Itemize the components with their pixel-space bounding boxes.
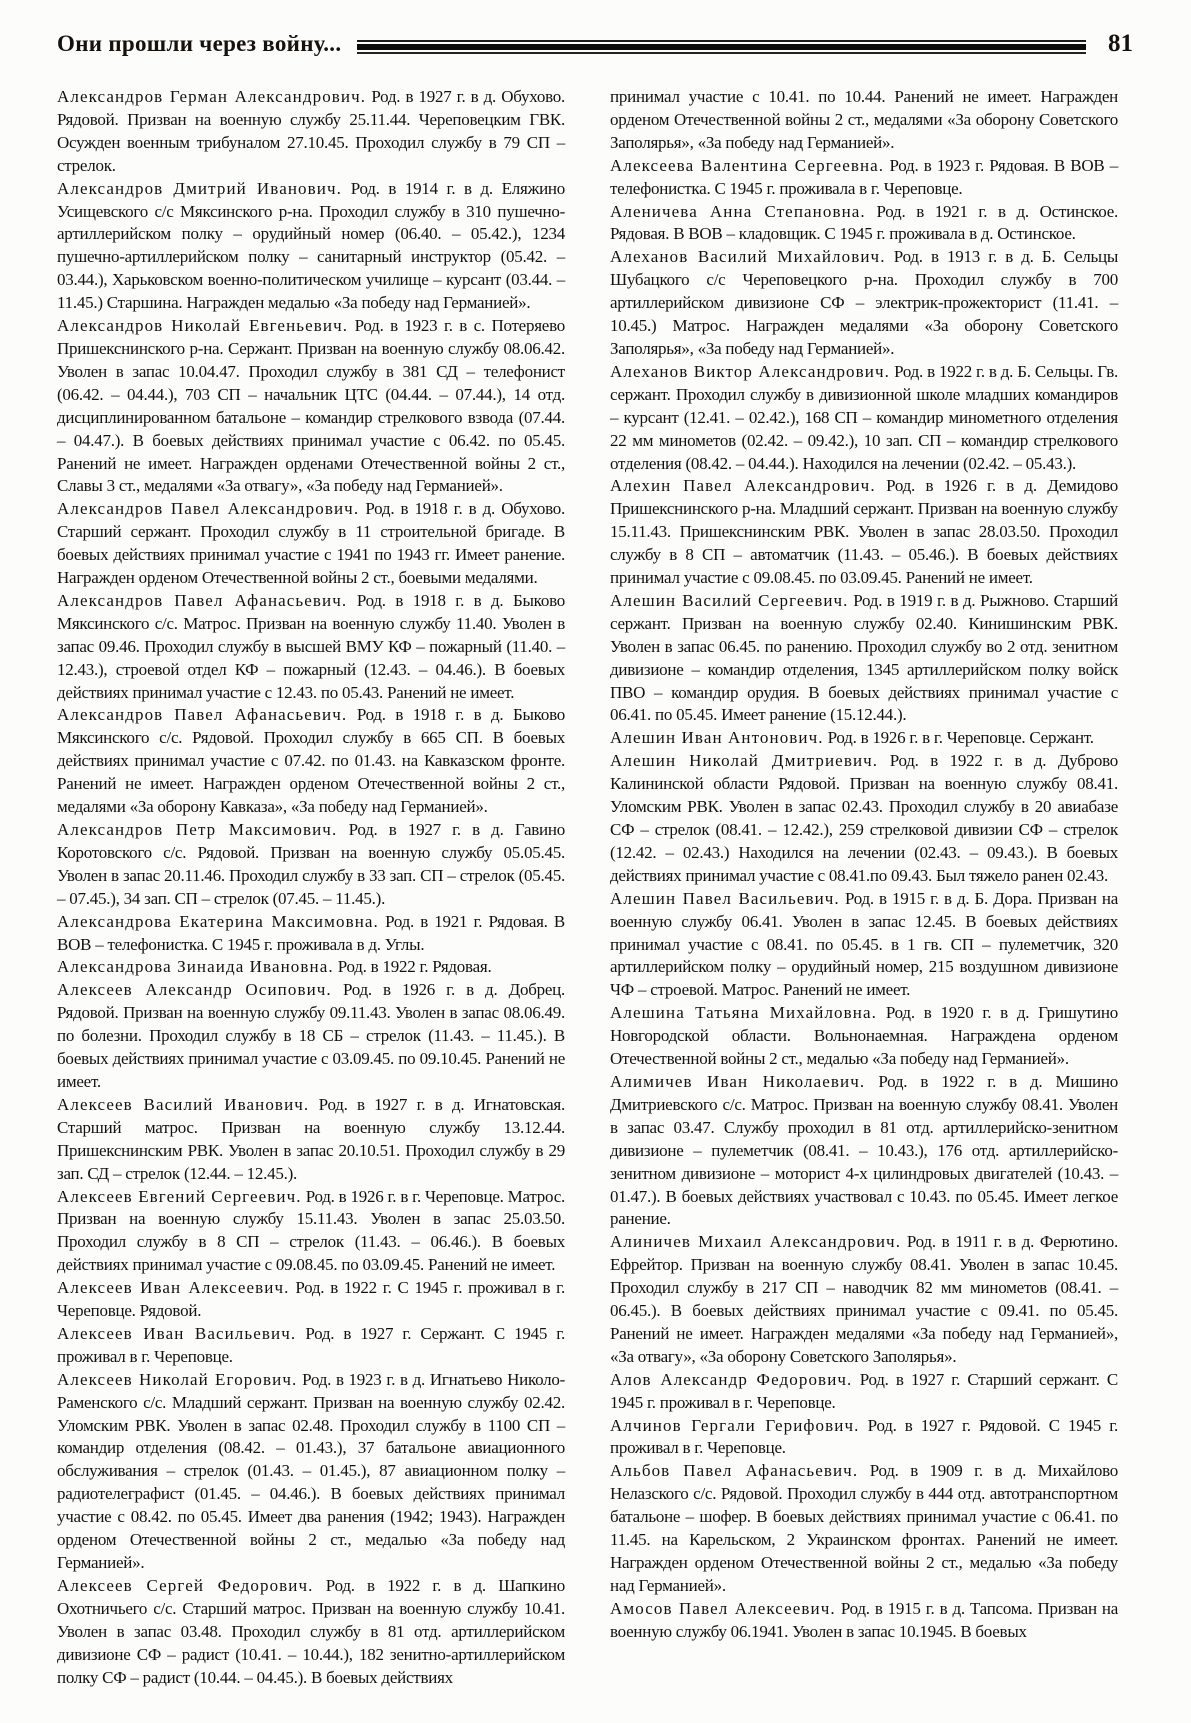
veteran-name: Алешин Василий Сергеевич.: [610, 591, 849, 610]
veteran-name: Алимичев Иван Николаевич.: [610, 1072, 865, 1091]
veteran-entry: Алов Александр Федорович. Род. в 1927 г.…: [610, 1369, 1118, 1415]
column-right: принимал участие с 10.41. по 10.44. Ране…: [610, 86, 1118, 1689]
entry-text: Род. в 1922 г. в д. Мишино Дмитриевского…: [610, 1072, 1118, 1228]
veteran-name: Алексеев Евгений Сергеевич.: [57, 1187, 302, 1206]
veteran-entry: Александров Николай Евгеньевич. Род. в 1…: [57, 315, 565, 498]
veteran-name: Александров Николай Евгеньевич.: [57, 316, 348, 335]
veteran-name: Алексеев Иван Алексеевич.: [57, 1278, 289, 1297]
veteran-entry: Александров Павел Афанасьевич. Род. в 19…: [57, 590, 565, 705]
veteran-entry: Алешина Татьяна Михайловна. Род. в 1920 …: [610, 1002, 1118, 1071]
veteran-entry: Алексеев Иван Алексеевич. Род. в 1922 г.…: [57, 1277, 565, 1323]
veteran-name: Алеханов Василий Михайлович.: [610, 247, 886, 266]
veteran-name: Александров Дмитрий Иванович.: [57, 179, 342, 198]
veteran-entry: Альбов Павел Афанасьевич. Род. в 1909 г.…: [610, 1460, 1118, 1597]
veteran-entry: Александров Петр Максимович. Род. в 1927…: [57, 819, 565, 911]
entry-text: Род. в 1922 г. в д. Дуброво Калининской …: [610, 751, 1118, 885]
text-columns: Александров Герман Александрович. Род. в…: [0, 58, 1191, 1689]
header-rule-ornament: [357, 40, 1086, 54]
veteran-entry: Амосов Павел Алексеевич. Род. в 1915 г. …: [610, 1598, 1118, 1644]
veteran-entry: Алексеев Александр Осипович. Род. в 1926…: [57, 979, 565, 1094]
veteran-entry: Алешин Николай Дмитриевич. Род. в 1922 г…: [610, 750, 1118, 887]
veteran-entry: Алексеев Иван Васильевич. Род. в 1927 г.…: [57, 1323, 565, 1369]
entry-text: Род. в 1922 г. Рядовая.: [338, 957, 492, 976]
veteran-name: Александров Петр Максимович.: [57, 820, 337, 839]
veteran-name: Амосов Павел Алексеевич.: [610, 1599, 836, 1618]
veteran-entry: Александров Павел Александрович. Род. в …: [57, 498, 565, 590]
page-number: 81: [1108, 30, 1133, 58]
veteran-entry: Алехин Павел Александрович. Род. в 1926 …: [610, 475, 1118, 590]
veteran-entry: Алчинов Гергали Герифович. Род. в 1927 г…: [610, 1415, 1118, 1461]
veteran-entry: Алешин Павел Васильевич. Род. в 1915 г. …: [610, 888, 1118, 1003]
veteran-name: Александров Павел Александрович.: [57, 499, 359, 518]
veteran-entry: Алиничев Михаил Александрович. Род. в 19…: [610, 1231, 1118, 1368]
veteran-name: Алешин Николай Дмитриевич.: [610, 751, 878, 770]
entry-text: Род. в 1923 г. в д. Игнатьево Николо-Рам…: [57, 1370, 565, 1572]
veteran-entry: Алексеев Николай Егорович. Род. в 1923 г…: [57, 1369, 565, 1575]
veteran-name: Алексеев Сергей Федорович.: [57, 1576, 314, 1595]
veteran-entry: Александрова Зинаида Ивановна. Род. в 19…: [57, 956, 565, 979]
veteran-name: Алчинов Гергали Герифович.: [610, 1416, 859, 1435]
entry-text: Род. в 1923 г. в с. Потеряево Пришекснин…: [57, 316, 565, 495]
veteran-entry: Алешин Василий Сергеевич. Род. в 1919 г.…: [610, 590, 1118, 727]
veteran-name: Алексеев Александр Осипович.: [57, 980, 332, 999]
book-page: Они прошли через войну... 81 Александров…: [0, 0, 1191, 1723]
veteran-name: Алешина Татьяна Михайловна.: [610, 1003, 877, 1022]
veteran-name: Алешин Павел Васильевич.: [610, 889, 840, 908]
veteran-name: Алиничев Михаил Александрович.: [610, 1232, 901, 1251]
entry-text: Род. в 1911 г. в д. Ферютино. Ефрейтор. …: [610, 1232, 1118, 1366]
veteran-entry: Александров Дмитрий Иванович. Род. в 191…: [57, 178, 565, 315]
veteran-entry: Алексеева Валентина Сергеевна. Род. в 19…: [610, 155, 1118, 201]
veteran-entry: Алеханов Виктор Александрович. Род. в 19…: [610, 361, 1118, 476]
veteran-name: Александров Павел Афанасьевич.: [57, 591, 347, 610]
veteran-name: Александров Павел Афанасьевич.: [57, 705, 347, 724]
veteran-name: Алов Александр Федорович.: [610, 1370, 852, 1389]
entry-text: принимал участие с 10.41. по 10.44. Ране…: [610, 87, 1118, 152]
veteran-name: Аленичева Анна Степановна.: [610, 202, 866, 221]
veteran-name: Алексеев Николай Егорович.: [57, 1370, 297, 1389]
veteran-entry: Алимичев Иван Николаевич. Род. в 1922 г.…: [610, 1071, 1118, 1231]
veteran-entry: Алексеев Евгений Сергеевич. Род. в 1926 …: [57, 1186, 565, 1278]
veteran-name: Александрова Екатерина Максимовна.: [57, 912, 379, 931]
page-header: Они прошли через войну... 81: [0, 0, 1191, 58]
veteran-name: Алексеев Василий Иванович.: [57, 1095, 309, 1114]
veteran-entry: принимал участие с 10.41. по 10.44. Ране…: [610, 86, 1118, 155]
veteran-entry: Аленичева Анна Степановна. Род. в 1921 г…: [610, 201, 1118, 247]
veteran-name: Альбов Павел Афанасьевич.: [610, 1461, 858, 1480]
veteran-entry: Алексеев Сергей Федорович. Род. в 1922 г…: [57, 1575, 565, 1690]
veteran-entry: Алексеев Василий Иванович. Род. в 1927 г…: [57, 1094, 565, 1186]
veteran-name: Александрова Зинаида Ивановна.: [57, 957, 334, 976]
veteran-entry: Алешин Иван Антонович. Род. в 1926 г. в …: [610, 727, 1118, 750]
entry-text: Род. в 1919 г. в д. Рыжново. Старший сер…: [610, 591, 1118, 725]
running-title: Они прошли через войну...: [57, 31, 341, 57]
veteran-entry: Александрова Екатерина Максимовна. Род. …: [57, 911, 565, 957]
veteran-entry: Алеханов Василий Михайлович. Род. в 1913…: [610, 246, 1118, 361]
veteran-name: Алексеев Иван Васильевич.: [57, 1324, 296, 1343]
entry-text: Род. в 1909 г. в д. Михайлово Нелазского…: [610, 1461, 1118, 1595]
entry-text: Род. в 1914 г. в д. Еляжино Усищевского …: [57, 179, 565, 313]
veteran-name: Алехин Павел Александрович.: [610, 476, 876, 495]
column-left: Александров Герман Александрович. Род. в…: [57, 86, 565, 1689]
veteran-name: Алексеева Валентина Сергеевна.: [610, 156, 884, 175]
veteran-name: Алешин Иван Антонович.: [610, 728, 824, 747]
veteran-entry: Александров Павел Афанасьевич. Род. в 19…: [57, 704, 565, 819]
veteran-name: Александров Герман Александрович.: [57, 87, 366, 106]
veteran-entry: Александров Герман Александрович. Род. в…: [57, 86, 565, 178]
veteran-name: Алеханов Виктор Александрович.: [610, 362, 890, 381]
entry-text: Род. в 1926 г. в г. Череповце. Сержант.: [828, 728, 1094, 747]
